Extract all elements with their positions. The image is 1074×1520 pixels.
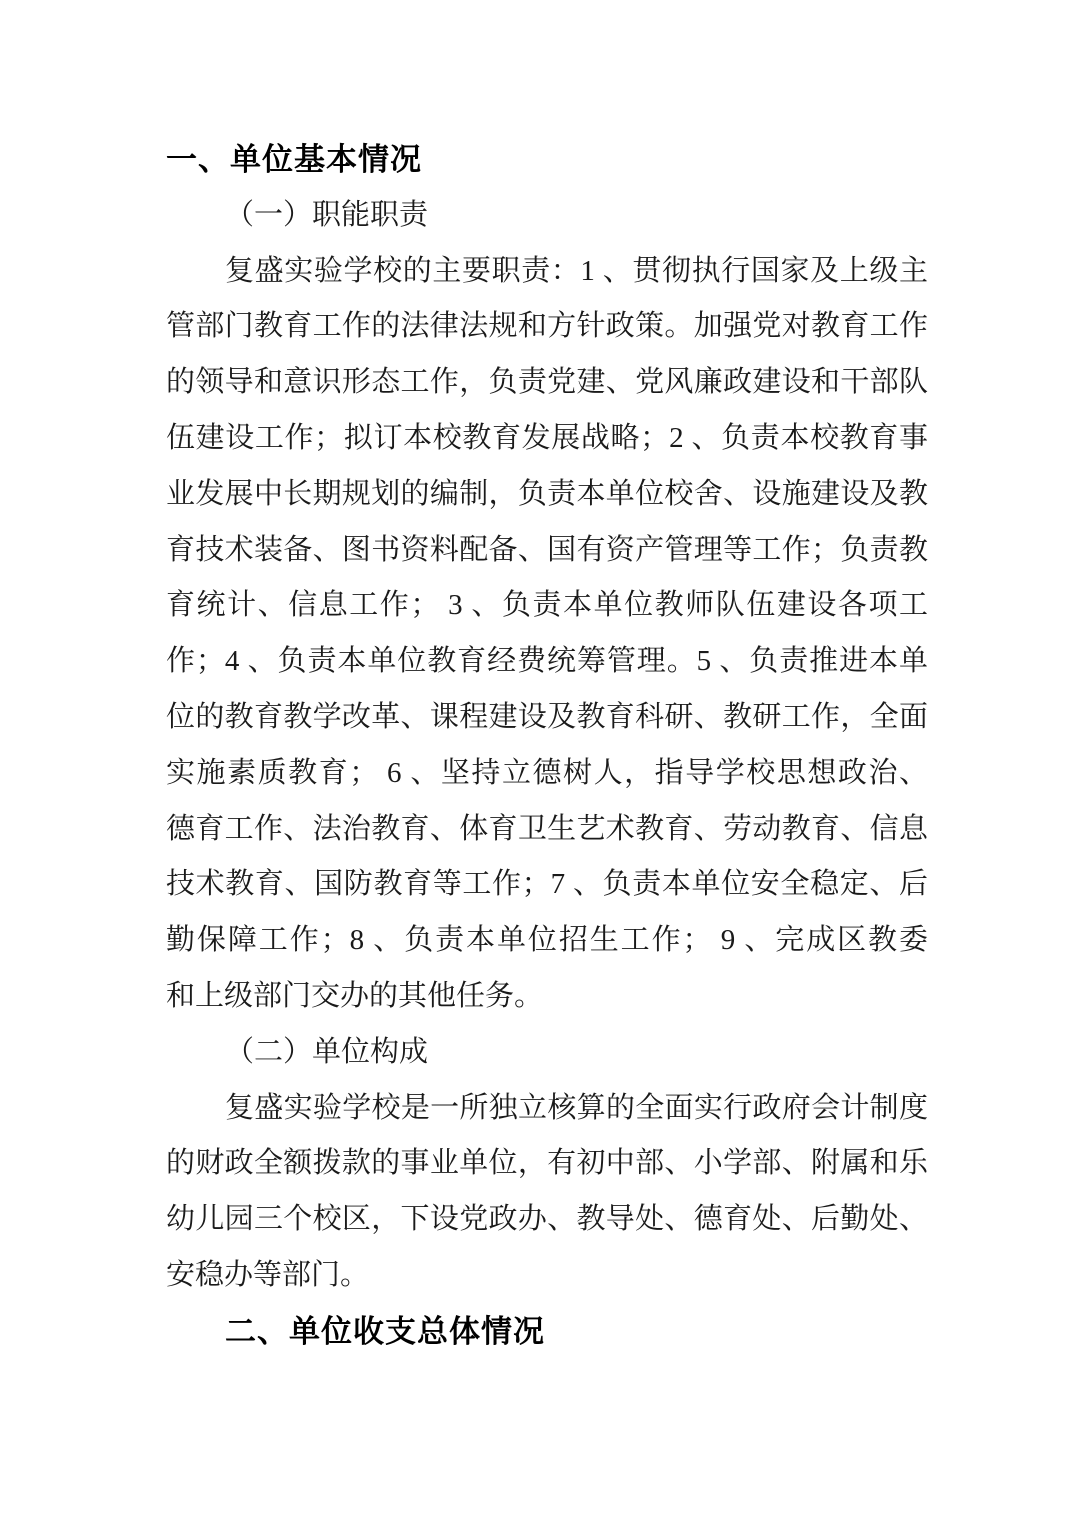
text-line: 的领导和意识形态工作，负责党建、党风廉政建设和干部队 xyxy=(166,355,928,411)
paragraph-functions-duties: 复盛实验学校的主要职责：1 、贯彻执行国家及上级主管部门教育工作的法律法规和方针… xyxy=(166,244,928,1025)
text-line: 育技术装备、图书资料配备、国有资产管理等工作；负责教 xyxy=(166,523,928,579)
text-line: （二）单位构成 xyxy=(166,1025,928,1081)
text-line: 复盛实验学校的主要职责：1 、贯彻执行国家及上级主 xyxy=(166,244,928,300)
text-line: 管部门教育工作的法律法规和方针政策。加强党对教育工作 xyxy=(166,299,928,355)
text-line: 和上级部门交办的其他任务。 xyxy=(166,969,928,1025)
text-line: （一）职能职责 xyxy=(166,188,928,244)
text-line: 技术教育、国防教育等工作；7 、负责本单位安全稳定、后 xyxy=(166,857,928,913)
text-line: 幼儿园三个校区，下设党政办、教导处、德育处、后勤处、 xyxy=(166,1192,928,1248)
text-line: 位的教育教学改革、课程建设及教育科研、教研工作，全面 xyxy=(166,690,928,746)
text-line: 德育工作、法治教育、体育卫生艺术教育、劳动教育、信息 xyxy=(166,802,928,858)
document-content: 一、单位基本情况（一）职能职责复盛实验学校的主要职责：1 、贯彻执行国家及上级主… xyxy=(166,132,928,1360)
subheading-functions-duties: （一）职能职责 xyxy=(166,188,928,244)
heading-line: 二、单位收支总体情况 xyxy=(166,1304,928,1360)
text-line: 实施素质教育； 6 、坚持立德树人，指导学校思想政治、 xyxy=(166,746,928,802)
document-page: 一、单位基本情况（一）职能职责复盛实验学校的主要职责：1 、贯彻执行国家及上级主… xyxy=(0,0,1074,1520)
heading-unit-basic-info: 一、单位基本情况 xyxy=(166,132,928,188)
text-line: 伍建设工作；拟订本校教育发展战略；2 、负责本校教育事 xyxy=(166,411,928,467)
paragraph-unit-composition: 复盛实验学校是一所独立核算的全面实行政府会计制度的财政全额拨款的事业单位，有初中… xyxy=(166,1081,928,1304)
subheading-unit-composition: （二）单位构成 xyxy=(166,1025,928,1081)
heading-revenue-expenditure-overview: 二、单位收支总体情况 xyxy=(166,1304,928,1360)
text-line: 作；4 、负责本单位教育经费统筹管理。5 、负责推进本单 xyxy=(166,634,928,690)
text-line: 复盛实验学校是一所独立核算的全面实行政府会计制度 xyxy=(166,1081,928,1137)
text-line: 育统计、信息工作； 3 、负责本单位教师队伍建设各项工 xyxy=(166,578,928,634)
text-line: 安稳办等部门。 xyxy=(166,1248,928,1304)
text-line: 勤保障工作；8 、负责本单位招生工作； 9 、完成区教委 xyxy=(166,913,928,969)
text-line: 的财政全额拨款的事业单位，有初中部、小学部、附属和乐 xyxy=(166,1136,928,1192)
heading-line: 一、单位基本情况 xyxy=(166,132,928,188)
text-line: 业发展中长期规划的编制，负责本单位校舍、设施建设及教 xyxy=(166,467,928,523)
